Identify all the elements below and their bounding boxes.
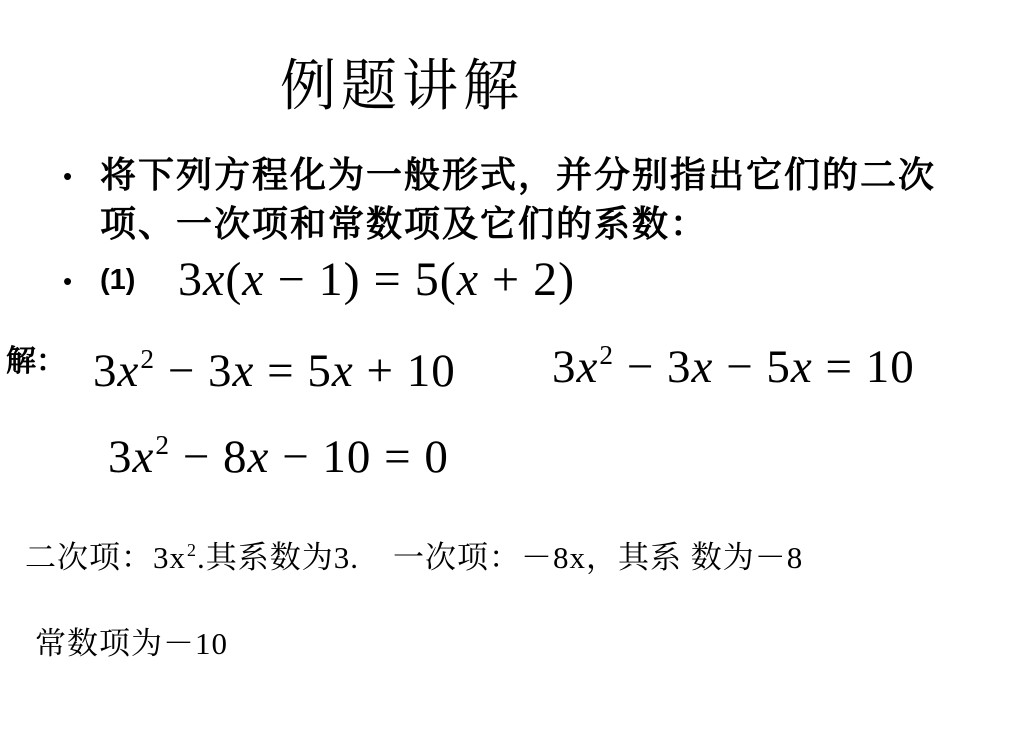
instruction-text: 将下列方程化为一般形式，并分别指出它们的二次项、一次项和常数项及它们的系数：: [100, 150, 968, 248]
terms-analysis-line: 二次项：3x2.其系数为3. 一次项：－8x，其系 数为－8: [25, 532, 803, 577]
solution-step-1-equation: 3x2 − 3x = 5x + 10: [93, 344, 456, 398]
quadratic-term-text: 二次项：3x2.其系数为3.: [25, 532, 359, 577]
problem-equation: 3x(x − 1) = 5(x + 2): [178, 252, 575, 307]
slide-title: 例题讲解: [280, 42, 524, 122]
linear-term-text: 一次项：－8x，其系 数为－8: [393, 532, 803, 577]
bullet-icon: •: [63, 163, 72, 189]
solution-label: 解：: [6, 336, 66, 380]
constant-term-text: 常数项为－10: [35, 618, 228, 663]
bullet-icon: •: [63, 268, 72, 294]
solution-step-3-equation: 3x2 − 8x − 10 = 0: [108, 430, 449, 484]
slide-canvas: 例题讲解 • 将下列方程化为一般形式，并分别指出它们的二次项、一次项和常数项及它…: [0, 0, 1009, 756]
problem-number-label: (1): [100, 264, 135, 297]
solution-step-2-equation: 3x2 − 3x − 5x = 10: [552, 340, 915, 394]
